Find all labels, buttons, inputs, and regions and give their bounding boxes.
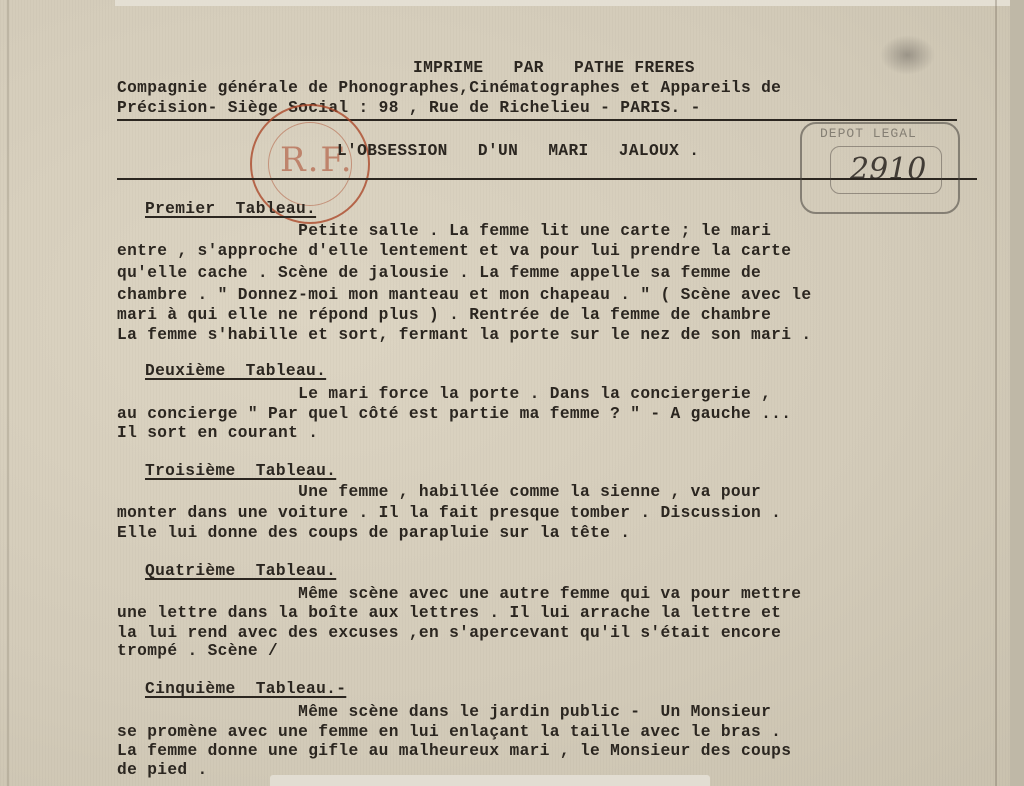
- scene-heading-4: Quatrième Tableau.: [145, 561, 336, 581]
- header-rule: [117, 119, 957, 121]
- scene-5-line-2: se promène avec une femme en lui enlaçan…: [117, 722, 781, 742]
- scene-1-line-1: Petite salle . La femme lit une carte ; …: [117, 221, 771, 241]
- scene-1-line-5: mari à qui elle ne répond plus ) . Rentr…: [117, 305, 771, 325]
- overlay-bar: [270, 775, 710, 786]
- document-title: L'OBSESSION D'UN MARI JALOUX .: [337, 141, 699, 161]
- scanned-document-page: IMPRIME PAR PATHE FRERES Compagnie génér…: [0, 0, 1024, 786]
- depot-stamp-number: 2910: [850, 152, 926, 187]
- scene-heading-1: Premier Tableau.: [145, 199, 316, 219]
- depot-legal-stamp: DEPOT LEGAL 2910: [800, 122, 960, 214]
- scene-5-line-1: Même scène dans le jardin public - Un Mo…: [117, 702, 771, 722]
- company-line-1: Compagnie générale de Phonographes,Ciném…: [117, 78, 781, 98]
- depot-stamp-label: DEPOT LEGAL: [820, 126, 917, 141]
- scene-5-line-3: La femme donne une gifle au malheureux m…: [117, 741, 791, 761]
- scene-3-line-2: monter dans une voiture . Il la fait pre…: [117, 503, 781, 523]
- paper-fold-right: [995, 0, 997, 786]
- scene-4-line-4: trompé . Scène /: [117, 641, 278, 661]
- scene-2-line-3: Il sort en courant .: [117, 423, 318, 443]
- scene-1-line-6: La femme s'habille et sort, fermant la p…: [117, 325, 811, 345]
- ink-smudge: [880, 35, 935, 75]
- scene-2-line-1: Le mari force la porte . Dans la concier…: [117, 384, 771, 404]
- scene-4-line-3: la lui rend avec des excuses ,en s'aperc…: [117, 623, 781, 643]
- company-line-2: Précision- Siège Social : 98 , Rue de Ri…: [117, 98, 701, 118]
- scene-1-line-2: entre , s'approche d'elle lentement et v…: [117, 241, 791, 261]
- scene-heading-5: Cinquième Tableau.-: [145, 679, 346, 699]
- paper-right-edge: [1010, 0, 1024, 786]
- scene-heading-2: Deuxième Tableau.: [145, 361, 326, 381]
- paper-top-edge: [115, 0, 1015, 6]
- scene-2-line-2: au concierge " Par quel côté est partie …: [117, 404, 791, 424]
- scene-heading-3: Troisième Tableau.: [145, 461, 336, 481]
- scene-1-line-4: chambre . " Donnez-moi mon manteau et mo…: [117, 285, 811, 305]
- scene-3-line-3: Elle lui donne des coups de parapluie su…: [117, 523, 630, 543]
- paper-fold-left: [7, 0, 9, 786]
- scene-5-line-4: de pied .: [117, 760, 208, 780]
- scene-4-line-2: une lettre dans la boîte aux lettres . I…: [117, 603, 781, 623]
- scene-3-line-1: Une femme , habillée comme la sienne , v…: [117, 482, 761, 502]
- scene-4-line-1: Même scène avec une autre femme qui va p…: [117, 584, 801, 604]
- scene-1-line-3: qu'elle cache . Scène de jalousie . La f…: [117, 263, 761, 283]
- printer-line: IMPRIME PAR PATHE FRERES: [413, 58, 695, 78]
